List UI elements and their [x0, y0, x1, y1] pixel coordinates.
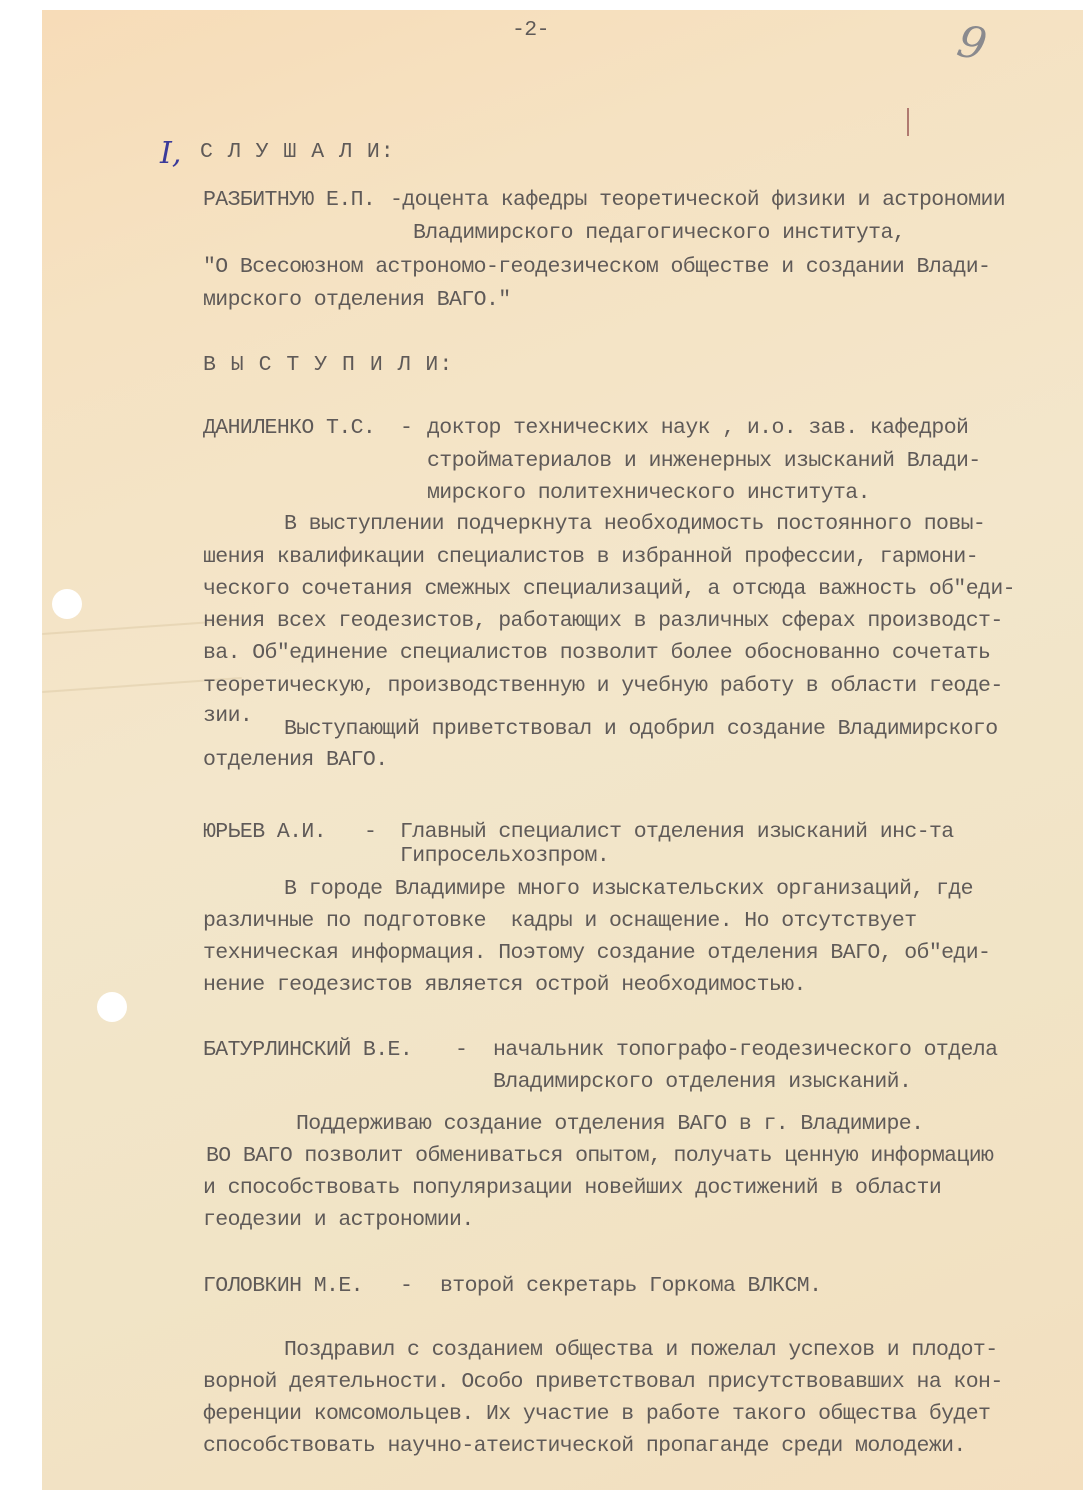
speaker-role: Владимирского отделения изысканий.	[493, 1072, 911, 1094]
punch-hole	[52, 589, 82, 619]
speech-text: В выступлении подчеркнута необходимость …	[284, 514, 985, 536]
speech-text: ческого сочетания смежных специализаций,…	[203, 579, 1015, 601]
speaker-name: БАТУРЛИНСКИЙ В.Е.	[203, 1040, 412, 1062]
speaker-role: Гипросельхозпром.	[400, 846, 609, 868]
speech-text: зии.	[203, 706, 252, 728]
speaker-dash: -	[455, 1040, 467, 1062]
speech-text: ва. Об"единение специалистов позволит бо…	[203, 643, 990, 665]
heard-speaker-name: РАЗБИТНУЮ Е.П.	[203, 190, 375, 212]
speaker-role: стройматериалов и инженерных изысканий В…	[427, 451, 981, 473]
speaker-name: ГОЛОВКИН М.Е.	[203, 1276, 363, 1298]
speech-text: Выступающий приветствовал и одобрил созд…	[284, 719, 998, 741]
speech-text: Поддерживаю создание отделения ВАГО в г.…	[296, 1114, 923, 1136]
speech-text: способствовать научно-атеистической проп…	[203, 1436, 966, 1458]
speaker-role: мирского политехнического института.	[427, 483, 870, 505]
speech-text: шения квалификации специалистов в избран…	[203, 547, 978, 569]
speech-text: отделения ВАГО.	[203, 750, 388, 772]
page-number: -2-	[512, 20, 549, 42]
speech-text: и способствовать популяризации новейших …	[203, 1178, 941, 1200]
speaker-role: начальник топографо-геодезического отдел…	[493, 1040, 997, 1062]
speaker-name: ЮРЬЕВ А.И.	[203, 822, 326, 844]
speaker-dash: -	[400, 1276, 412, 1298]
punch-hole	[97, 992, 127, 1022]
speech-text: Поздравил с созданием общества и пожелал…	[284, 1340, 998, 1362]
speaker-role: второй секретарь Горкома ВЛКСМ.	[440, 1276, 821, 1298]
spoke-heading: В Ы С Т У П И Л И:	[203, 355, 453, 377]
heard-topic: "О Всесоюзном астрономо-геодезическом об…	[203, 257, 990, 279]
pen-mark	[907, 108, 909, 136]
item-mark: I,	[160, 136, 181, 171]
speaker-dash: -	[364, 822, 376, 844]
speaker-role: доктор технических наук , и.о. зав. кафе…	[427, 418, 968, 440]
heard-speaker-role: -доцента кафедры теоретической физики и …	[390, 190, 1005, 212]
speech-text: В городе Владимире много изыскательских …	[284, 879, 973, 901]
speaker-dash: -	[400, 418, 412, 440]
speech-text: нения всех геодезистов, работающих в раз…	[203, 611, 1003, 633]
speech-text: техническая информация. Поэтому создание…	[203, 943, 990, 965]
speech-text: теоретическую, производственную и учебну…	[203, 676, 1003, 698]
heard-speaker-role: Владимирского педагогического института,	[413, 223, 905, 245]
speech-text: нение геодезистов является острой необхо…	[203, 975, 806, 997]
heard-topic: мирского отделения ВАГО."	[203, 290, 511, 312]
speech-text: ворной деятельности. Особо приветствовал…	[203, 1372, 1003, 1394]
speech-text: ВО ВАГО позволит обмениваться опытом, по…	[206, 1146, 993, 1168]
speaker-role: Главный специалист отделения изысканий и…	[400, 822, 954, 844]
speaker-name: ДАНИЛЕНКО Т.С.	[203, 418, 375, 440]
speech-text: ференции комсомольцев. Их участие в рабо…	[203, 1404, 990, 1426]
heard-heading: С Л У Ш А Л И:	[200, 142, 395, 164]
speech-text: различные по подготовке кадры и оснащени…	[203, 911, 917, 933]
speech-text: геодезии и астрономии.	[203, 1210, 474, 1232]
